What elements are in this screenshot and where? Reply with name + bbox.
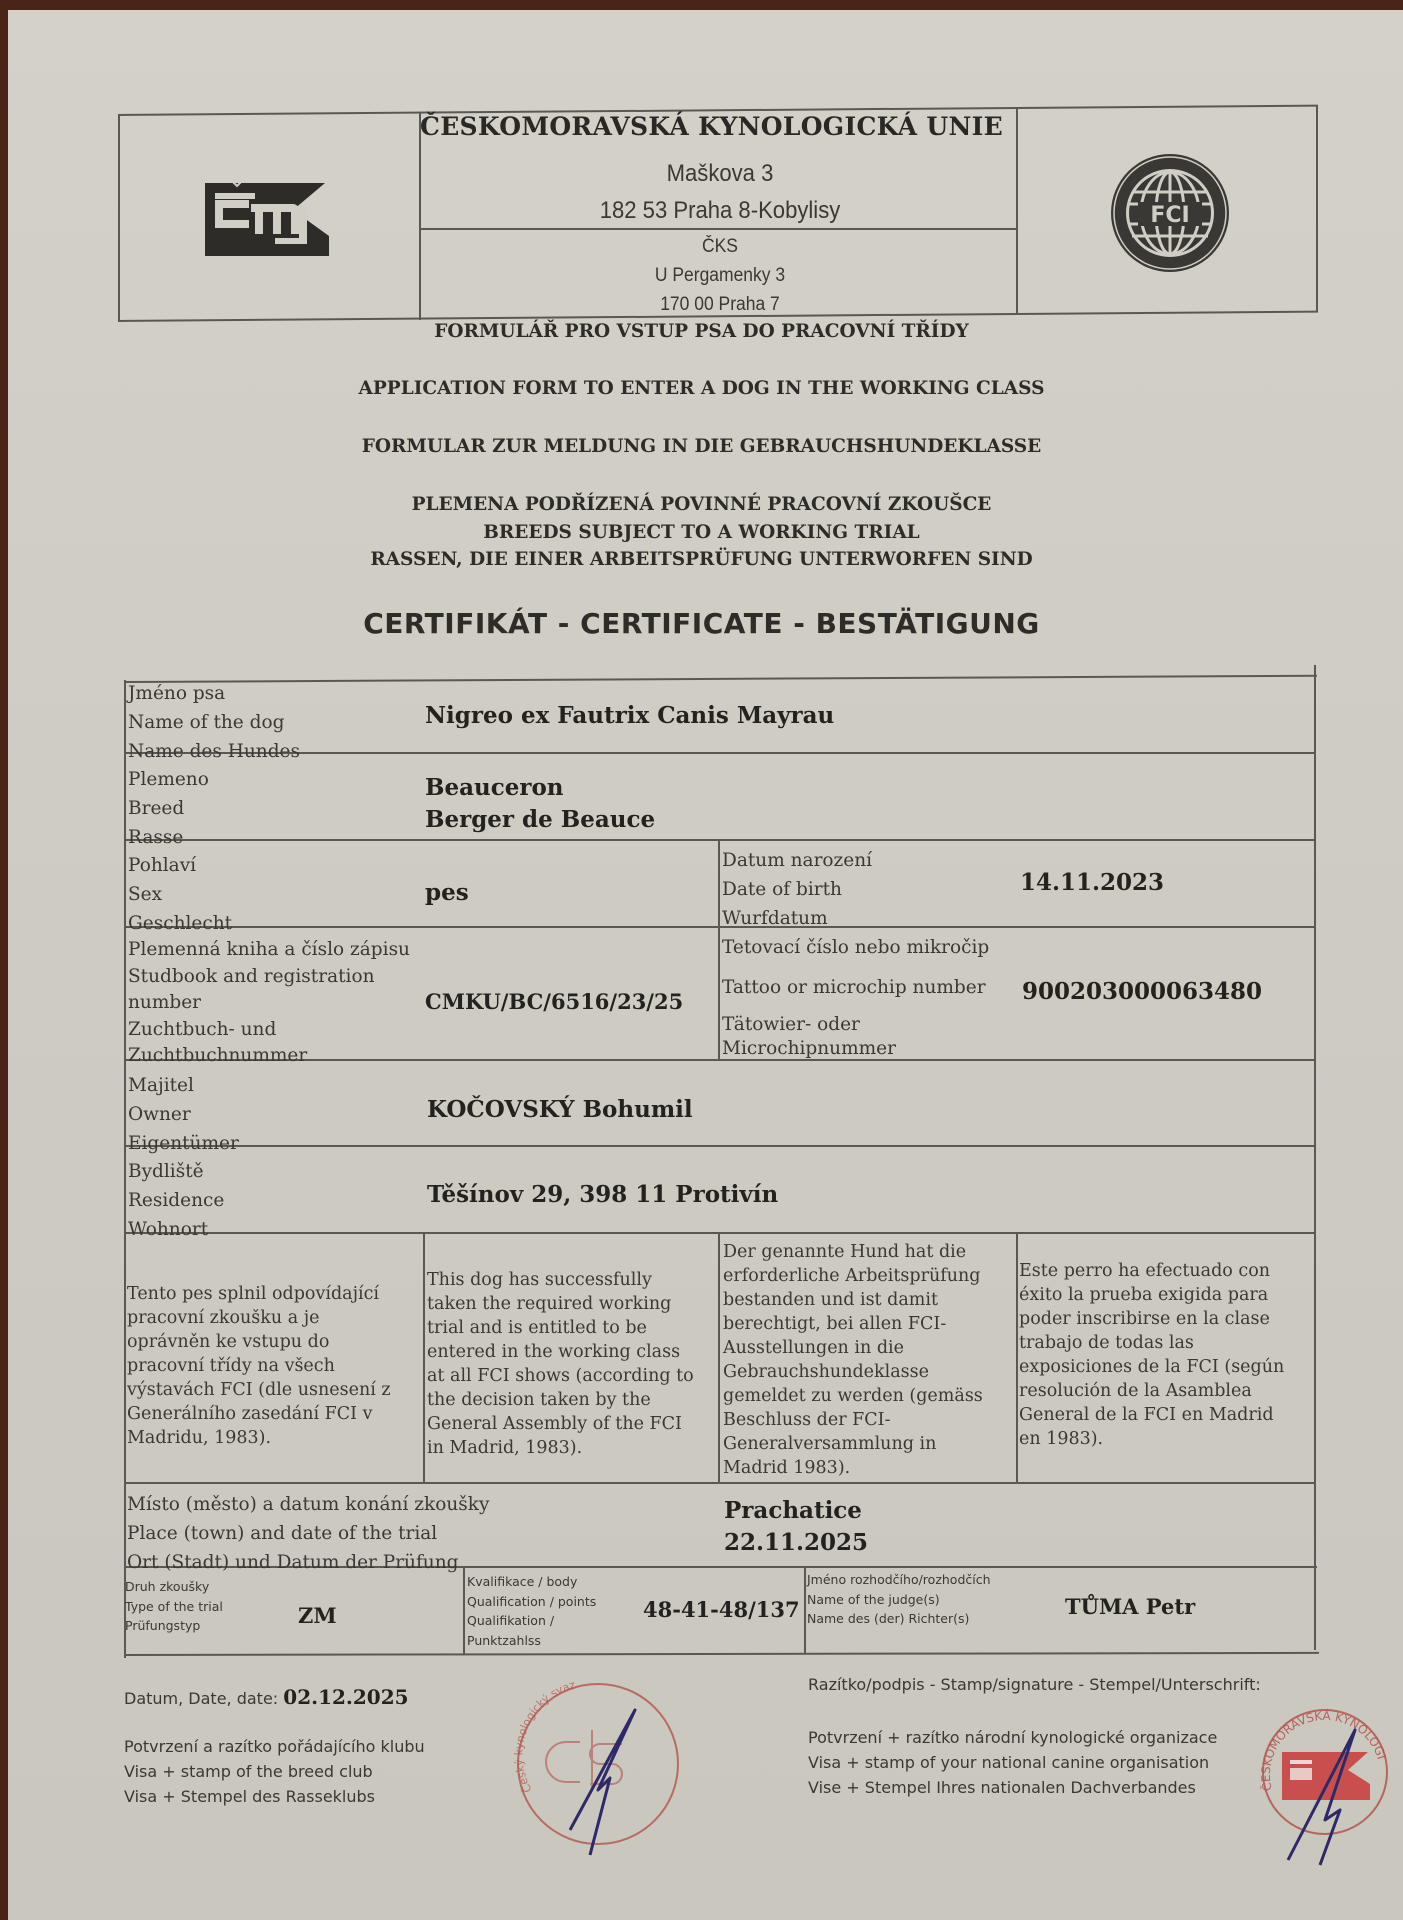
qualification-labels: Kvalifikace / body Qualification / point… <box>467 1572 596 1650</box>
dog-name-value: Nigreo ex Fautrix Canis Mayrau <box>425 702 834 729</box>
col-divider <box>804 1566 806 1654</box>
row-divider <box>124 839 1315 841</box>
organization-name: ČESKOMORAVSKÁ KYNOLOGICKÁ UNIE <box>420 112 1020 141</box>
breed-value-line2: Berger de Beauce <box>425 806 655 833</box>
chip-labels: Tetovací číslo nebo mikročip Tattoo or m… <box>722 933 989 1061</box>
trial-type-value: ZM <box>298 1603 337 1628</box>
breed-labels: Plemeno Breed Rasse <box>128 765 209 852</box>
breeds-cz: PLEMENA PODŘÍZENÁ POVINNÉ PRACOVNÍ ZKOUŠ… <box>0 494 1403 515</box>
trial-type-labels: Druh zkoušky Type of the trial Prüfungst… <box>125 1577 223 1636</box>
trial-place-labels: Místo (město) a datum konání zkoušky Pla… <box>127 1490 489 1577</box>
breeds-en: BREEDS SUBJECT TO A WORKING TRIAL <box>0 522 1403 543</box>
trial-town-value: Prachatice <box>724 1497 862 1524</box>
national-visa-text: Potvrzení + razítko národní kynologické … <box>808 1725 1217 1800</box>
issue-date: Datum, Date, date: 02.12.2025 <box>124 1685 409 1711</box>
svg-text:FCI: FCI <box>1150 203 1189 228</box>
row-divider <box>124 1145 1315 1147</box>
residence-labels: Bydliště Residence Wohnort <box>128 1157 224 1244</box>
dog-name-labels: Jméno psa Name of the dog Name des Hunde… <box>128 679 300 766</box>
breed-value-line1: Beauceron <box>425 774 564 801</box>
title-de: FORMULAR ZUR MELDUNG IN DIE GEBRAUCHSHUN… <box>0 436 1403 457</box>
club-stamp-icon: Český kynologický svaz <box>510 1680 690 1860</box>
col-divider <box>718 839 720 1059</box>
studbook-value: CMKU/BC/6516/23/25 <box>425 989 683 1014</box>
col-divider <box>463 1566 465 1654</box>
fci-logo-icon: FCI <box>1108 152 1232 274</box>
cmku-logo-icon <box>205 180 333 258</box>
breeds-de: RASSEN, DIE EINER ARBEITSPRÜFUNG UNTERWO… <box>0 549 1403 570</box>
owner-value: KOČOVSKÝ Bohumil <box>427 1096 693 1123</box>
table-border-left <box>124 680 126 1658</box>
row-divider <box>124 926 1315 928</box>
sex-value: pes <box>425 879 469 906</box>
national-stamp-icon: ČESKOMORAVSKÁ KYNOLOGICKÁ UNIE <box>1250 1700 1403 1870</box>
club-city: 170 00 Praha 7 <box>444 294 996 316</box>
qualification-value: 48-41-48/137 <box>643 1597 800 1622</box>
svg-text:Český kynologický svaz: Český kynologický svaz <box>512 1680 577 1795</box>
header-border-right <box>1316 106 1318 312</box>
residence-value: Těšínov 29, 398 11 Protivín <box>427 1181 778 1208</box>
col-divider <box>718 1232 720 1482</box>
club-name: ČKS <box>444 236 996 258</box>
statement-cz: Tento pes splnil odpovídajícípracovní zk… <box>127 1282 391 1450</box>
signature-label: Razítko/podpis - Stamp/signature - Stemp… <box>808 1672 1261 1697</box>
row-divider <box>124 1482 1315 1484</box>
chip-value: 900203000063480 <box>1022 978 1262 1005</box>
col-divider <box>423 1232 425 1482</box>
title-en: APPLICATION FORM TO ENTER A DOG IN THE W… <box>0 378 1403 399</box>
judge-value: TŮMA Petr <box>1065 1594 1195 1619</box>
row-divider <box>124 752 1315 754</box>
studbook-labels: Plemenná kniha a číslo zápisu Studbook a… <box>128 937 410 1070</box>
birth-labels: Datum narození Date of birth Wurfdatum <box>722 846 872 933</box>
birth-value: 14.11.2023 <box>1020 869 1164 896</box>
trial-date-value: 22.11.2025 <box>724 1529 868 1556</box>
certificate-heading: CERTIFIKÁT - CERTIFICATE - BESTÄTIGUNG <box>0 607 1403 640</box>
issue-date-label: Datum, Date, date: <box>124 1689 278 1708</box>
org-street: Maškova 3 <box>444 160 996 188</box>
statement-de: Der genannte Hund hat dieerforderliche A… <box>723 1240 983 1480</box>
table-border-right <box>1314 665 1316 1650</box>
header-divider-1 <box>419 112 421 320</box>
title-cz: FORMULÁŘ PRO VSTUP PSA DO PRACOVNÍ TŘÍDY <box>0 321 1403 342</box>
owner-labels: Majitel Owner Eigentümer <box>128 1071 239 1158</box>
club-visa-text: Potvrzení a razítko pořádajícího klubu V… <box>124 1734 425 1809</box>
judge-labels: Jméno rozhodčího/rozhodčích Name of the … <box>807 1570 991 1629</box>
row-divider <box>124 1232 1315 1234</box>
issue-date-value: 02.12.2025 <box>283 1685 408 1709</box>
col-divider <box>1016 1232 1018 1482</box>
statement-en: This dog has successfullytaken the requi… <box>427 1268 694 1460</box>
club-street: U Pergamenky 3 <box>444 265 996 287</box>
statement-es: Este perro ha efectuado conéxito la prue… <box>1019 1259 1284 1451</box>
header-border-left <box>118 114 120 322</box>
sex-labels: Pohlaví Sex Geschlecht <box>128 851 232 938</box>
org-city: 182 53 Praha 8-Kobylisy <box>444 197 996 225</box>
header-mid-divider <box>419 228 1016 230</box>
